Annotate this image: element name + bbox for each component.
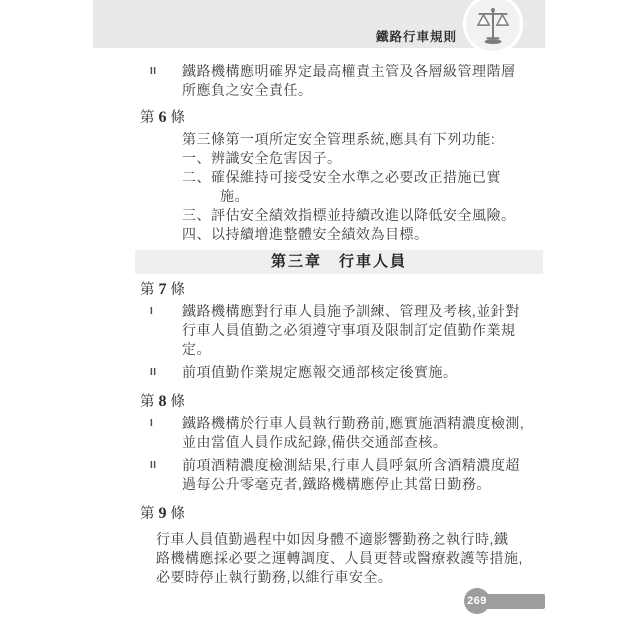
text-line: 必要時停止執行勤務,以維行車安全。 <box>156 568 640 587</box>
article-8-paragraph-2: II 前項酒精濃度檢測結果,行車人員呼氣所含酒精濃度超 過每公升零毫克者,鐵路機… <box>150 456 640 494</box>
list-item-continuation: 施。 <box>220 187 640 206</box>
list-item: 四、以持續增進整體安全績效為目標。 <box>182 225 640 244</box>
article-7-paragraph-1: I 鐵路機構應對行車人員施予訓練、管理及考核,並針對 行車人員值勤之必須遵守事項… <box>150 302 640 359</box>
paragraph-marker: II <box>150 363 182 382</box>
page-number: 269 <box>464 588 490 614</box>
heading-prefix: 第 <box>140 110 155 126</box>
article-8-heading: 第8條 <box>140 392 640 412</box>
article-6-list: 一、辨識安全危害因子。 二、確保維持可接受安全水準之必要改正措施已實 施。 三、… <box>182 149 640 244</box>
list-item: 三、評估安全績效指標並持續改進以降低安全風險。 <box>182 206 640 225</box>
scales-of-justice-icon <box>475 3 511 45</box>
heading-suffix: 條 <box>171 394 186 410</box>
page-content: II 鐵路機構應明確界定最高權責主管及各層級管理階層 所應負之安全責任。 第6條… <box>0 62 640 587</box>
article-7-paragraph-2: II 前項值勤作業規定應報交通部核定後實施。 <box>150 363 640 382</box>
text-line: 行車人員值勤之必須遵守事項及限制訂定值勤作業規 <box>182 321 520 340</box>
heading-prefix: 第 <box>140 282 155 298</box>
article-number: 6 <box>159 109 167 126</box>
article-8-paragraph-1: I 鐵路機構於行車人員執行勤務前,應實施酒精濃度檢測, 並由當值人員作成紀錄,備… <box>150 414 640 452</box>
text-line: 鐵路機構應對行車人員施予訓練、管理及考核,並針對 <box>182 302 520 321</box>
text-line: 鐵路機構應明確界定最高權責主管及各層級管理階層 <box>182 62 516 81</box>
heading-suffix: 條 <box>171 506 186 522</box>
list-item: 一、辨識安全危害因子。 <box>182 149 640 168</box>
book-page: 鐵路行車規則 II <box>0 0 640 640</box>
article-number: 7 <box>159 281 167 298</box>
text-line: 所應負之安全責任。 <box>182 81 516 100</box>
heading-prefix: 第 <box>140 506 155 522</box>
text-line: 定。 <box>182 340 520 359</box>
article-9-paragraph: 行車人員值勤過程中如因身體不適影響勤務之執行時,鐵 路機構應採必要之運轉調度、人… <box>156 530 640 587</box>
article-6-heading: 第6條 <box>140 108 640 128</box>
page-number-badge: 269 <box>464 588 545 615</box>
article-number: 9 <box>159 505 167 522</box>
heading-suffix: 條 <box>171 282 186 298</box>
text-line: 路機構應採必要之運轉調度、人員更替或醫療救護等措施, <box>156 549 640 568</box>
header-emblem-circle <box>463 0 523 54</box>
header-bar: 鐵路行車規則 <box>93 0 545 48</box>
heading-prefix: 第 <box>140 394 155 410</box>
list-item: 二、確保維持可接受安全水準之必要改正措施已實 <box>182 168 640 187</box>
article-9-heading: 第9條 <box>140 504 640 524</box>
paragraph-marker: II <box>150 456 182 494</box>
paragraph-marker: I <box>150 414 182 452</box>
paragraph-marker: I <box>150 302 182 359</box>
paragraph-carryover: II 鐵路機構應明確界定最高權責主管及各層級管理階層 所應負之安全責任。 <box>150 62 640 100</box>
text-line: 行車人員值勤過程中如因身體不適影響勤務之執行時,鐵 <box>156 530 640 549</box>
text-line: 並由當值人員作成紀錄,備供交通部查核。 <box>182 433 524 452</box>
text-line: 前項酒精濃度檢測結果,行車人員呼氣所含酒精濃度超 <box>182 456 520 475</box>
text-line: 前項值勤作業規定應報交通部核定後實施。 <box>182 363 458 382</box>
article-6-intro: 第三條第一項所定安全管理系統,應具有下列功能: <box>182 130 640 149</box>
heading-suffix: 條 <box>171 110 186 126</box>
running-head-title: 鐵路行車規則 <box>376 27 457 45</box>
text-line: 過每公升零毫克者,鐵路機構應停止其當日勤務。 <box>182 475 520 494</box>
article-number: 8 <box>159 393 167 410</box>
chapter-heading: 第三章 行車人員 <box>135 250 543 274</box>
paragraph-marker: II <box>150 62 182 100</box>
text-line: 鐵路機構於行車人員執行勤務前,應實施酒精濃度檢測, <box>182 414 524 433</box>
article-7-heading: 第7條 <box>140 280 640 300</box>
